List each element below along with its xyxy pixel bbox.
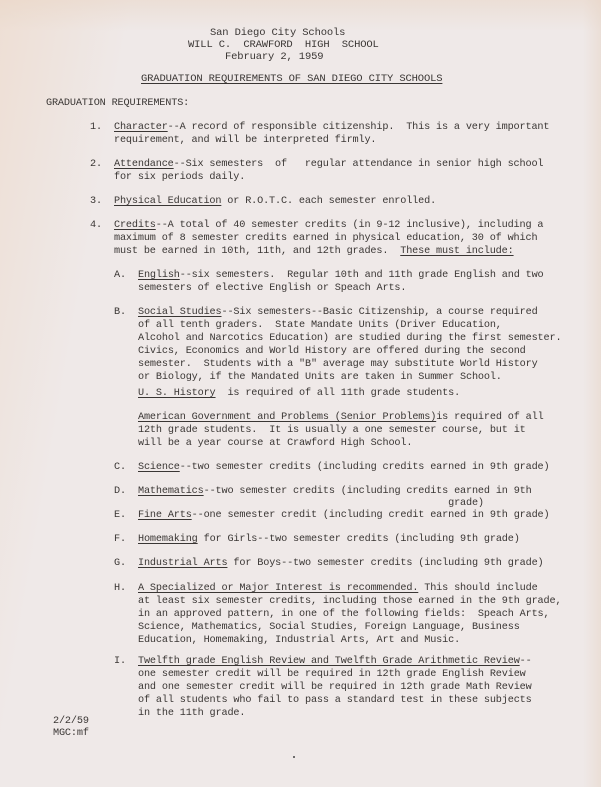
subitem-text: grade) xyxy=(138,498,484,511)
footer-initials: MGC:mf xyxy=(53,728,89,741)
item-number: 2. xyxy=(90,159,102,172)
item-number: 4. xyxy=(90,220,102,233)
subitem-letter: A. xyxy=(114,270,126,283)
subitem-letter: C. xyxy=(114,462,126,475)
subitem-heading: Social Studies xyxy=(138,307,222,318)
header-school: WILL C. CRAWFORD HIGH SCHOOL xyxy=(188,39,379,52)
item-text: maximum of 8 semester credits earned in … xyxy=(114,233,537,246)
subitem-heading: Twelfth grade English Review and Twelfth… xyxy=(138,656,520,667)
emphasis-text: These must include: xyxy=(400,246,513,257)
subitem-heading: Mathematics xyxy=(138,486,204,497)
subitem-letter: H. xyxy=(114,583,126,596)
subitem-text: 12th grade students. It is usually a one… xyxy=(138,425,526,438)
subitem-heading: A Specialized or Major Interest is recom… xyxy=(138,583,418,594)
subitem-heading: Fine Arts xyxy=(138,510,192,521)
item-number: 3. xyxy=(90,196,102,209)
subitem-letter: F. xyxy=(114,534,126,547)
subitem-text: Science, Mathematics, Social Studies, Fo… xyxy=(138,622,520,635)
document-title: GRADUATION REQUIREMENTS OF SAN DIEGO CIT… xyxy=(141,73,442,86)
subitem-text: in the 11th grade. xyxy=(138,708,245,721)
subitem-heading: U. S. History xyxy=(138,388,216,399)
item-text: requirement, and will be interpreted fir… xyxy=(114,135,376,148)
subitem-letter: E. xyxy=(114,510,126,523)
item-text: for six periods daily. xyxy=(114,172,245,185)
subitem-heading: American Government and Problems (Senior… xyxy=(138,412,436,423)
subitem-heading: Industrial Arts xyxy=(138,558,227,569)
subitem-text: of all tenth graders. State Mandate Unit… xyxy=(138,320,502,333)
subitem-text: Education, Homemaking, Industrial Arts, … xyxy=(138,635,460,648)
subitem-text: semester. Students with a "B" average ma… xyxy=(138,359,538,372)
subitem-heading: Science xyxy=(138,462,180,473)
header-date: February 2, 1959 xyxy=(225,51,323,64)
subitem-heading: English xyxy=(138,270,180,281)
subitem-text: one semester credit will be required in … xyxy=(138,669,526,682)
item-number: 1. xyxy=(90,122,102,135)
item-heading: Credits xyxy=(114,220,156,231)
subitem-text: Alcohol and Narcotics Education) are stu… xyxy=(138,333,561,346)
subitem-text: will be a year course at Crawford High S… xyxy=(138,438,412,451)
subitem-text: in an approved pattern, in one of the fo… xyxy=(138,609,549,622)
subitem-letter: D. xyxy=(114,486,126,499)
subitem-text: or Biology, if the Mandated Units are ta… xyxy=(138,372,502,385)
subitem-text: and one semester credit will be required… xyxy=(138,682,532,695)
subitem-letter: G. xyxy=(114,558,126,571)
item-heading: Attendance xyxy=(114,159,174,170)
subitem-text: semesters of elective English or Speach … xyxy=(138,283,406,296)
subitem-letter: I. xyxy=(114,656,126,669)
section-label: GRADUATION REQUIREMENTS: xyxy=(46,98,189,111)
subitem-text: Civics, Economics and World History are … xyxy=(138,346,526,359)
header-district: San Diego City Schools xyxy=(210,27,345,40)
subitem-letter: B. xyxy=(114,307,126,320)
ink-speck xyxy=(293,756,295,758)
item-heading: Physical Education xyxy=(114,196,221,207)
footer-date: 2/2/59 xyxy=(53,716,89,729)
item-heading: Character xyxy=(114,122,168,133)
subitem-text: at least six semester credits, including… xyxy=(138,596,561,609)
subitem-text: of all students who fail to pass a stand… xyxy=(138,695,532,708)
subitem-heading: Homemaking xyxy=(138,534,198,545)
